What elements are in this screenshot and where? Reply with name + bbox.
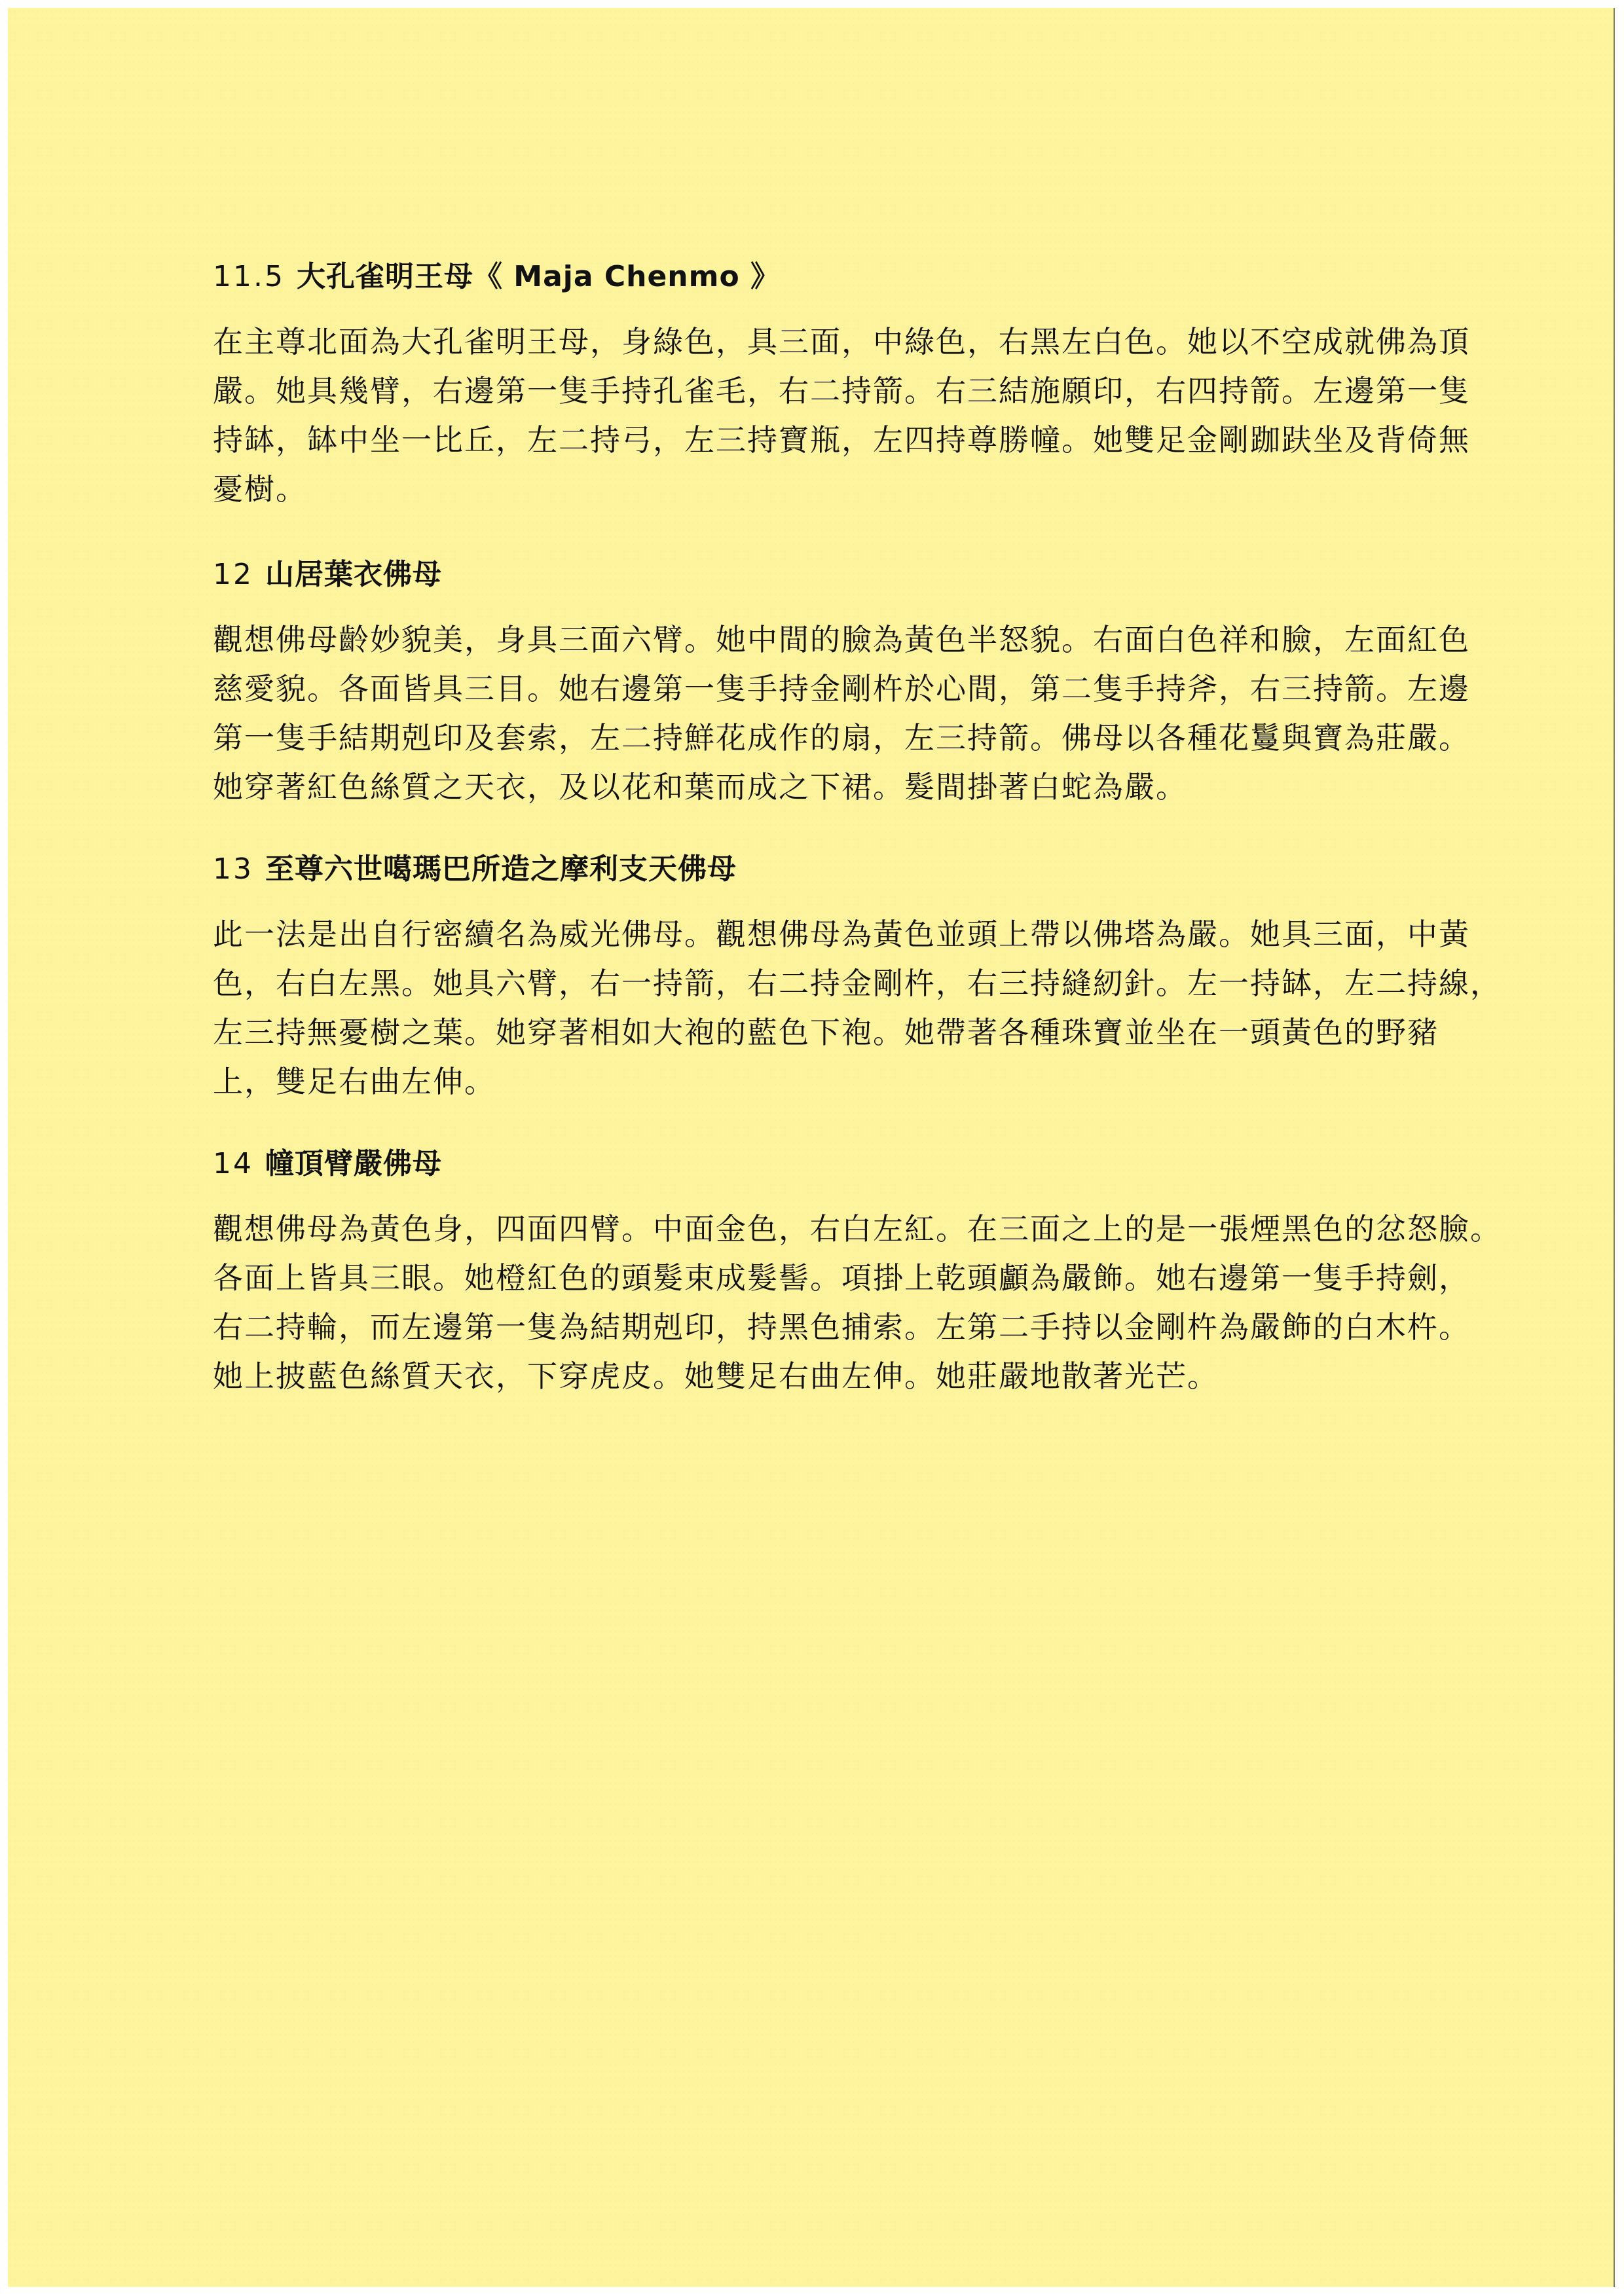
body-line: 此一法是出自行密續名為威光佛母。觀想佛母為黃色並頭上帶以佛塔為嚴。她具三面，中黃	[213, 910, 1470, 959]
body-line: 右二持輪，而左邊第一隻為結期剋印，持黑色捕索。左第二手持以金剛杵為嚴飾的白木杵。	[213, 1303, 1470, 1352]
section-number: 12	[213, 558, 253, 591]
section-body: 觀想佛母為黃色身，四面四臂。中面金色，右白左紅。在三面之上的是一張煙黑色的忿怒臉…	[213, 1205, 1470, 1401]
section-11-5: 11.5大孔雀明王母《 Maja Chenmo 》 在主尊北面為大孔雀明王母，身…	[213, 259, 1470, 514]
body-line: 第一隻手結期剋印及套索，左二持鮮花成作的扇，左三持箭。佛母以各種花鬘與寶為莊嚴。	[213, 714, 1470, 763]
body-line: 各面上皆具三眼。她橙紅色的頭髮束成髮髻。項掛上乾頭顱為嚴飾。她右邊第一隻手持劍，	[213, 1254, 1470, 1303]
body-line: 她上披藍色絲質天衣，下穿虎皮。她雙足右曲左伸。她莊嚴地散著光芒。	[213, 1352, 1470, 1401]
section-body: 此一法是出自行密續名為威光佛母。觀想佛母為黃色並頭上帶以佛塔為嚴。她具三面，中黃…	[213, 910, 1470, 1106]
section-title: 山居葉衣佛母	[265, 558, 442, 591]
body-line: 在主尊北面為大孔雀明王母，身綠色，具三面，中綠色，右黑左白色。她以不空成就佛為頂	[213, 318, 1470, 367]
section-number: 13	[213, 852, 253, 886]
body-line: 上，雙足右曲左伸。	[213, 1057, 1470, 1106]
body-line: 慈愛貌。各面皆具三目。她右邊第一隻手持金剛杵於心間，第二隻手持斧，右三持箭。左邊	[213, 665, 1470, 714]
body-line: 左三持無憂樹之葉。她穿著相如大袍的藍色下袍。她帶著各種珠寶並坐在一頭黃色的野豬	[213, 1008, 1470, 1057]
body-line: 觀想佛母齡妙貌美，身具三面六臂。她中間的臉為黃色半怒貌。右面白色祥和臉，左面紅色	[213, 615, 1470, 665]
section-title: 大孔雀明王母《 Maja Chenmo 》	[297, 260, 780, 293]
body-line: 嚴。她具幾臂，右邊第一隻手持孔雀毛，右二持箭。右三結施願印，右四持箭。左邊第一隻	[213, 367, 1470, 416]
section-heading: 12山居葉衣佛母	[213, 556, 1470, 593]
section-13: 13至尊六世噶瑪巴所造之摩利支天佛母 此一法是出自行密續名為威光佛母。觀想佛母為…	[213, 851, 1470, 1106]
document-page: 11.5大孔雀明王母《 Maja Chenmo 》 在主尊北面為大孔雀明王母，身…	[8, 8, 1615, 2287]
section-heading: 13至尊六世噶瑪巴所造之摩利支天佛母	[213, 851, 1470, 888]
section-12: 12山居葉衣佛母 觀想佛母齡妙貌美，身具三面六臂。她中間的臉為黃色半怒貌。右面白…	[213, 556, 1470, 812]
section-number: 14	[213, 1147, 253, 1180]
body-line: 色，右白左黑。她具六臂，右一持箭，右二持金剛杵，右三持縫紉針。左一持缽，左二持線…	[213, 959, 1470, 1008]
body-line: 觀想佛母為黃色身，四面四臂。中面金色，右白左紅。在三面之上的是一張煙黑色的忿怒臉…	[213, 1205, 1470, 1254]
body-line: 持缽，缽中坐一比丘，左二持弓，左三持寶瓶，左四持尊勝幢。她雙足金剛跏趺坐及背倚無	[213, 416, 1470, 465]
section-14: 14幢頂臂嚴佛母 觀想佛母為黃色身，四面四臂。中面金色，右白左紅。在三面之上的是…	[213, 1146, 1470, 1401]
body-line: 她穿著紅色絲質之天衣，及以花和葉而成之下裙。髮間掛著白蛇為嚴。	[213, 763, 1470, 812]
section-body: 在主尊北面為大孔雀明王母，身綠色，具三面，中綠色，右黑左白色。她以不空成就佛為頂…	[213, 318, 1470, 514]
section-number: 11.5	[213, 260, 285, 293]
section-heading: 11.5大孔雀明王母《 Maja Chenmo 》	[213, 259, 1470, 295]
section-title: 幢頂臂嚴佛母	[265, 1147, 442, 1180]
body-line: 憂樹。	[213, 465, 1470, 514]
section-heading: 14幢頂臂嚴佛母	[213, 1146, 1470, 1182]
section-title: 至尊六世噶瑪巴所造之摩利支天佛母	[265, 852, 737, 886]
section-body: 觀想佛母齡妙貌美，身具三面六臂。她中間的臉為黃色半怒貌。右面白色祥和臉，左面紅色…	[213, 615, 1470, 812]
